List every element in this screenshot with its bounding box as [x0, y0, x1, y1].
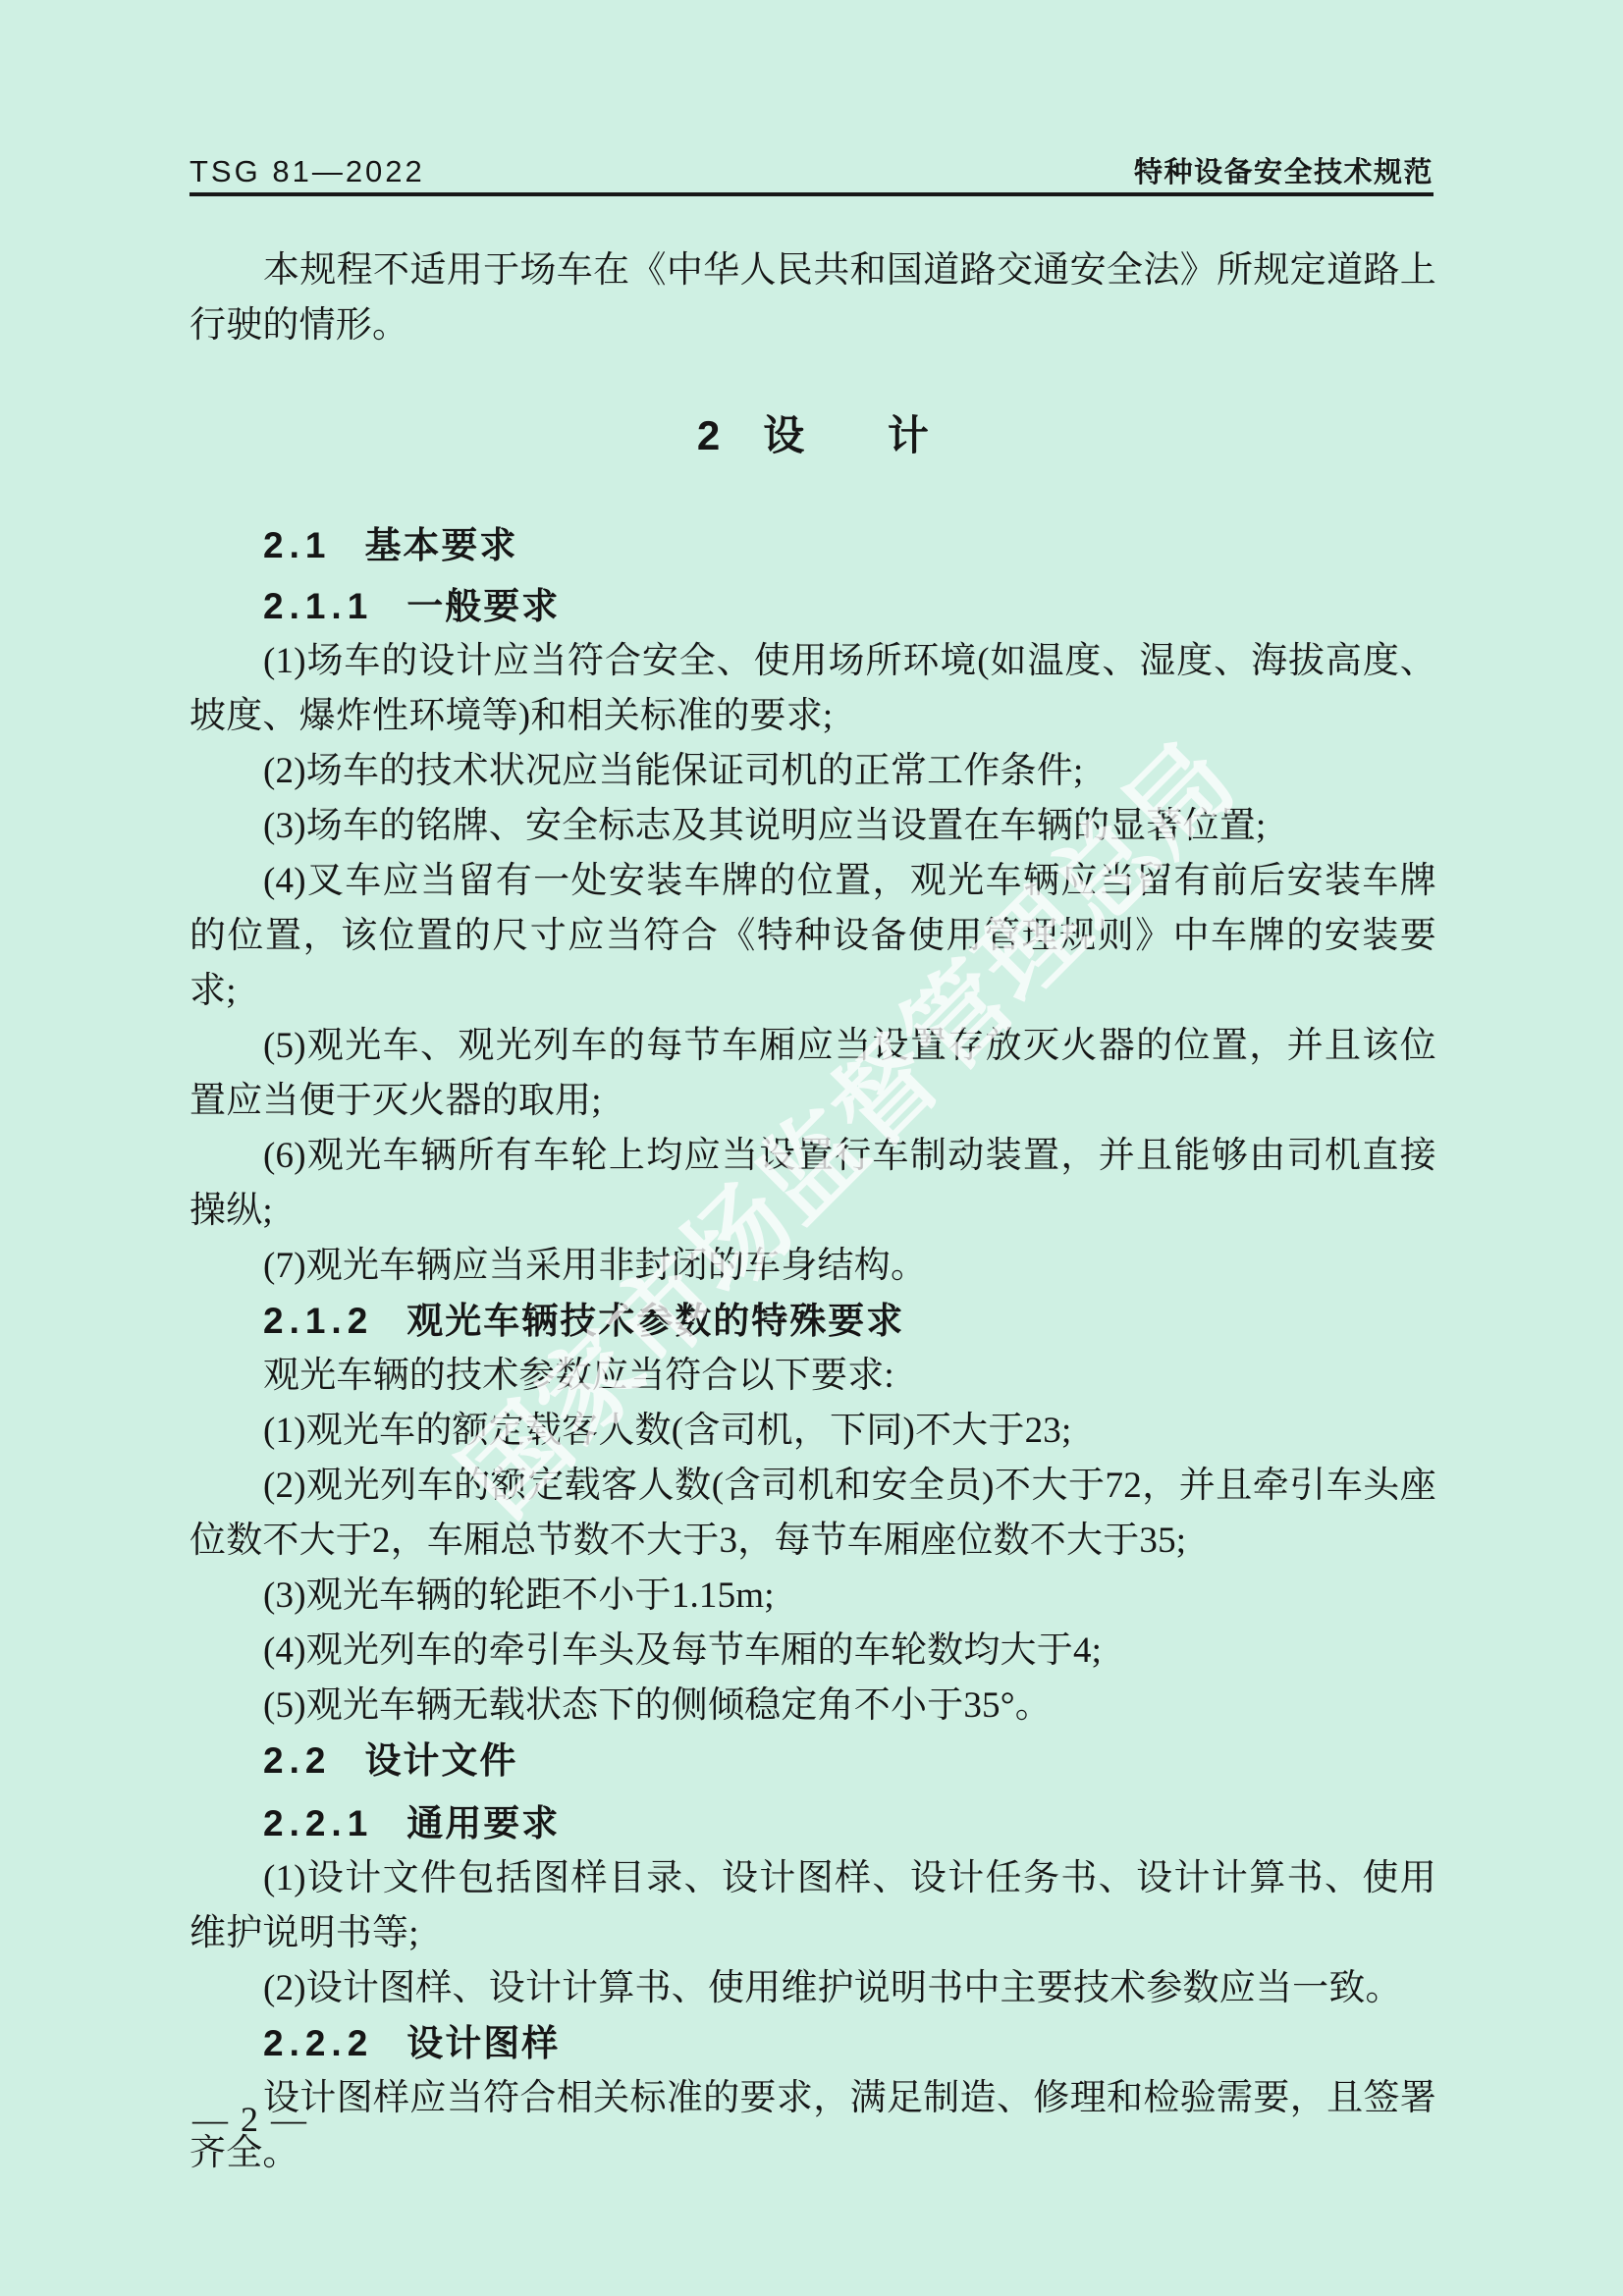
doc-code: TSG 81—2022 — [189, 154, 425, 189]
heading-title: 基本要求 — [364, 525, 517, 565]
heading-title: 设 计 — [763, 408, 929, 463]
heading-2.1: 2.1基本要求 — [189, 518, 1436, 573]
paragraph: 本规程不适用于场车在《中华人民共和国道路交通安全法》所规定道路上行驶的情形。 — [189, 243, 1436, 353]
page-header: TSG 81—2022 特种设备安全技术规范 — [189, 150, 1434, 190]
heading-number: 2.1 — [263, 525, 331, 565]
heading-2.2.1: 2.2.1通用要求 — [189, 1796, 1436, 1851]
paragraph: (2)观光列车的额定载客人数(含司机和安全员)不大于72，并且牵引车头座位数不大… — [189, 1459, 1436, 1569]
heading-2: 2设 计 — [189, 353, 1436, 518]
heading-title: 设计图样 — [406, 2023, 560, 2063]
heading-number: 2.2.1 — [263, 1803, 373, 1843]
paragraph: (7)观光车辆应当采用非封闭的车身结构。 — [189, 1239, 1436, 1294]
paragraph: 设计图样应当符合相关标准的要求，满足制造、修理和检验需要，且签署齐全。 — [189, 2071, 1436, 2181]
heading-title: 设计文件 — [364, 1740, 517, 1781]
paragraph: (5)观光车、观光列车的每节车厢应当设置存放灭火器的位置，并且该位置应当便于灭火… — [189, 1019, 1436, 1129]
paragraph: (3)场车的铭牌、安全标志及其说明应当设置在车辆的显著位置; — [189, 799, 1436, 854]
page-number: — 2 — — [192, 2099, 308, 2140]
paragraph: 观光车辆的技术参数应当符合以下要求: — [189, 1349, 1436, 1404]
paragraph: (4)观光列车的牵引车头及每节车厢的车轮数均大于4; — [189, 1624, 1436, 1679]
heading-title: 通用要求 — [406, 1803, 560, 1843]
heading-number: 2.2.2 — [263, 2023, 373, 2063]
paragraph: (6)观光车辆所有车轮上均应当设置行车制动装置，并且能够由司机直接操纵; — [189, 1129, 1436, 1239]
paragraph: (1)观光车的额定载客人数(含司机，下同)不大于23; — [189, 1404, 1436, 1459]
paragraph: (4)叉车应当留有一处安装车牌的位置，观光车辆应当留有前后安装车牌的位置，该位置… — [189, 854, 1436, 1019]
heading-2.2: 2.2设计文件 — [189, 1734, 1436, 1789]
heading-title: 一般要求 — [406, 586, 560, 626]
heading-number: 2.1.2 — [263, 1301, 373, 1341]
heading-2.1.1: 2.1.1一般要求 — [189, 579, 1436, 634]
document-page: TSG 81—2022 特种设备安全技术规范 本规程不适用于场车在《中华人民共和… — [0, 0, 1623, 2296]
heading-2.2.2: 2.2.2设计图样 — [189, 2016, 1436, 2071]
paragraph: (3)观光车辆的轮距不小于1.15m; — [189, 1569, 1436, 1624]
doc-title: 特种设备安全技术规范 — [1134, 150, 1434, 190]
heading-number: 2 — [697, 408, 720, 463]
paragraph: (1)设计文件包括图样目录、设计图样、设计任务书、设计计算书、使用维护说明书等; — [189, 1851, 1436, 1961]
paragraph: (2)场车的技术状况应当能保证司机的正常工作条件; — [189, 744, 1436, 799]
paragraph: (1)场车的设计应当符合安全、使用场所环境(如温度、湿度、海拔高度、坡度、爆炸性… — [189, 634, 1436, 744]
heading-2.1.2: 2.1.2观光车辆技术参数的特殊要求 — [189, 1294, 1436, 1349]
heading-number: 2.2 — [263, 1740, 331, 1781]
paragraph: (5)观光车辆无载状态下的侧倾稳定角不小于35°。 — [189, 1679, 1436, 1734]
heading-title: 观光车辆技术参数的特殊要求 — [406, 1301, 904, 1341]
heading-number: 2.1.1 — [263, 586, 373, 626]
paragraph: (2)设计图样、设计计算书、使用维护说明书中主要技术参数应当一致。 — [189, 1961, 1436, 2016]
header-rule — [189, 192, 1434, 196]
document-body: 本规程不适用于场车在《中华人民共和国道路交通安全法》所规定道路上行驶的情形。2设… — [189, 243, 1436, 2181]
